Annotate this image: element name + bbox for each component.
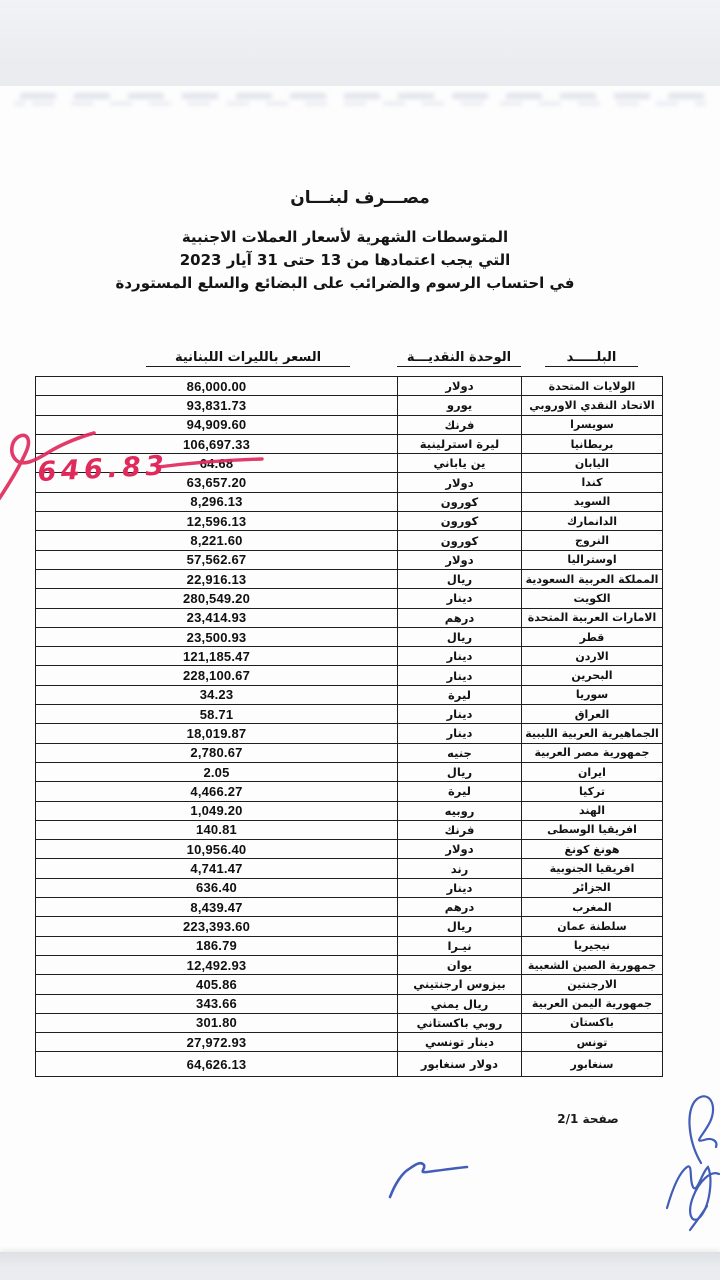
rate-value-cell: 94,909.60 xyxy=(36,415,398,434)
table-row: باكستان روبي باكستاني 301.80 xyxy=(36,1013,663,1032)
rate-value-cell: 63,657.20 xyxy=(36,473,398,492)
scan-top-gray-band xyxy=(0,0,720,86)
exchange-rates-table: الولايات المتحدة دولار 86,000.00 الاتحاد… xyxy=(35,376,663,1077)
rate-value-cell: 12,596.13 xyxy=(36,512,398,531)
rate-value-cell: 405.86 xyxy=(36,975,398,994)
table-row: جمهورية اليمن العربية ريال يمني 343.66 xyxy=(36,994,663,1013)
country-cell: الجزائر xyxy=(522,878,663,897)
table-row: الجزائر دينار 636.40 xyxy=(36,878,663,897)
table-row: افريقيا الجنوبية رند 4,741.47 xyxy=(36,859,663,878)
rate-value-cell: 280,549.20 xyxy=(36,589,398,608)
country-cell: هونغ كونغ xyxy=(522,840,663,859)
table-row: جمهورية الصين الشعبية يوان 12,492.93 xyxy=(36,955,663,974)
country-cell: الكويت xyxy=(522,589,663,608)
table-row: البحرين دينار 228,100.67 xyxy=(36,666,663,685)
table-row: جمهورية مصر العربية جنيه 2,780.67 xyxy=(36,743,663,762)
currency-unit-cell: كورون xyxy=(398,512,522,531)
currency-unit-cell: ليرة xyxy=(398,685,522,704)
currency-unit-cell: روبي باكستاني xyxy=(398,1013,522,1032)
currency-unit-cell: فرنك xyxy=(398,415,522,434)
country-cell: المملكة العربية السعودية xyxy=(522,569,663,588)
rate-value-cell: 186.79 xyxy=(36,936,398,955)
scanned-document-page: مصـــرف لبنـــان المتوسطات الشهرية لأسعا… xyxy=(0,0,720,1280)
country-cell: سلطنة عمان xyxy=(522,917,663,936)
table-row: الاردن دينار 121,185.47 xyxy=(36,647,663,666)
currency-unit-cell: دينار xyxy=(398,705,522,724)
table-row: الهند روبيه 1,049.20 xyxy=(36,801,663,820)
rate-value-cell: 121,185.47 xyxy=(36,647,398,666)
currency-unit-cell: ليرة xyxy=(398,782,522,801)
country-cell: الامارات العربية المتحدة xyxy=(522,608,663,627)
rate-value-cell: 223,393.60 xyxy=(36,917,398,936)
country-cell: اليابان xyxy=(522,454,663,473)
table-row: الارجنتين بيزوس ارجنتيني 405.86 xyxy=(36,975,663,994)
table-row: تونس دينار تونسي 27,972.93 xyxy=(36,1033,663,1052)
rate-value-cell: 2,780.67 xyxy=(36,743,398,762)
currency-unit-cell: دولار xyxy=(398,840,522,859)
currency-unit-cell: درهم xyxy=(398,608,522,627)
table-row: المغرب درهم 8,439.47 xyxy=(36,898,663,917)
table-row: الدانمارك كورون 12,596.13 xyxy=(36,512,663,531)
country-cell: الدانمارك xyxy=(522,512,663,531)
country-cell: ايران xyxy=(522,762,663,781)
currency-unit-cell: ريال xyxy=(398,627,522,646)
country-cell: السويد xyxy=(522,492,663,511)
table-row: الجماهيرية العربية الليبية دينار 18,019.… xyxy=(36,724,663,743)
rate-value-cell: 8,296.13 xyxy=(36,492,398,511)
table-row: سويسرا فرنك 94,909.60 xyxy=(36,415,663,434)
currency-unit-cell: ريال xyxy=(398,917,522,936)
rate-value-cell: 34.23 xyxy=(36,685,398,704)
table-row: السويد كورون 8,296.13 xyxy=(36,492,663,511)
column-header-unit: الوحدة النقديـــة xyxy=(397,350,521,367)
country-cell: تركيا xyxy=(522,782,663,801)
country-cell: الولايات المتحدة xyxy=(522,377,663,396)
rate-value-cell: 22,916.13 xyxy=(36,569,398,588)
rate-value-cell: 2.05 xyxy=(36,762,398,781)
rate-value-cell: 23,414.93 xyxy=(36,608,398,627)
blue-signature xyxy=(667,1096,719,1230)
table-row: تركيا ليرة 4,466.27 xyxy=(36,782,663,801)
currency-unit-cell: دولار xyxy=(398,377,522,396)
rate-value-cell: 636.40 xyxy=(36,878,398,897)
title-line-2: التي يجب اعتمادها من 13 حتى 31 آيار 2023 xyxy=(0,249,690,272)
country-cell: الاردن xyxy=(522,647,663,666)
country-cell: بريطانيا xyxy=(522,434,663,453)
rate-value-cell: 140.81 xyxy=(36,820,398,839)
table-row: هونغ كونغ دولار 10,956.40 xyxy=(36,840,663,859)
rate-value-cell: 57,562.67 xyxy=(36,550,398,569)
currency-unit-cell: ين ياباني xyxy=(398,454,522,473)
blue-check-squiggle xyxy=(390,1163,467,1197)
country-cell: سنغابور xyxy=(522,1052,663,1077)
rate-value-cell: 64,626.13 xyxy=(36,1052,398,1077)
rate-value-cell: 106,697.33 xyxy=(36,434,398,453)
title-line-1: المتوسطات الشهرية لأسعار العملات الاجنبي… xyxy=(0,226,690,249)
column-header-price: السعر بالليرات اللبنانية xyxy=(146,350,350,367)
currency-unit-cell: ريال xyxy=(398,762,522,781)
table-row: قطر ريال 23,500.93 xyxy=(36,627,663,646)
table-row: سوريا ليرة 34.23 xyxy=(36,685,663,704)
bank-name: مصـــرف لبنـــان xyxy=(0,188,720,208)
country-cell: سوريا xyxy=(522,685,663,704)
table-row: ايران ريال 2.05 xyxy=(36,762,663,781)
country-cell: الاتحاد النقدي الاوروبي xyxy=(522,396,663,415)
scan-bottom-gray-band xyxy=(0,1252,720,1280)
currency-unit-cell: جنيه xyxy=(398,743,522,762)
country-cell: افريقيا الجنوبية xyxy=(522,859,663,878)
country-cell: النروج xyxy=(522,531,663,550)
currency-unit-cell: بيزوس ارجنتيني xyxy=(398,975,522,994)
rate-value-cell: 10,956.40 xyxy=(36,840,398,859)
currency-unit-cell: دينار xyxy=(398,724,522,743)
currency-unit-cell: دولار xyxy=(398,550,522,569)
currency-unit-cell: دولار xyxy=(398,473,522,492)
rate-value-cell: 27,972.93 xyxy=(36,1033,398,1052)
rate-value-cell: 343.66 xyxy=(36,994,398,1013)
currency-unit-cell: دينار تونسي xyxy=(398,1033,522,1052)
rate-value-cell: 8,439.47 xyxy=(36,898,398,917)
country-cell: الارجنتين xyxy=(522,975,663,994)
currency-unit-cell: نيـرا xyxy=(398,936,522,955)
currency-unit-cell: رند xyxy=(398,859,522,878)
rate-value-cell: 301.80 xyxy=(36,1013,398,1032)
table-row: الاتحاد النقدي الاوروبي يورو 93,831.73 xyxy=(36,396,663,415)
table-row: افريقيا الوسطى فرنك 140.81 xyxy=(36,820,663,839)
rate-value-cell: 86,000.00 xyxy=(36,377,398,396)
rate-value-cell: 58.71 xyxy=(36,705,398,724)
table-row: اليابان ين ياباني 64.68 xyxy=(36,454,663,473)
country-cell: جمهورية اليمن العربية xyxy=(522,994,663,1013)
table-row: الكويت دينار 280,549.20 xyxy=(36,589,663,608)
country-cell: البحرين xyxy=(522,666,663,685)
document-title: المتوسطات الشهرية لأسعار العملات الاجنبي… xyxy=(0,226,690,295)
table-row: الامارات العربية المتحدة درهم 23,414.93 xyxy=(36,608,663,627)
table-row: سلطنة عمان ريال 223,393.60 xyxy=(36,917,663,936)
country-cell: تونس xyxy=(522,1033,663,1052)
rate-value-cell: 23,500.93 xyxy=(36,627,398,646)
currency-unit-cell: يورو xyxy=(398,396,522,415)
country-cell: كندا xyxy=(522,473,663,492)
country-cell: اوستراليا xyxy=(522,550,663,569)
rate-value-cell: 228,100.67 xyxy=(36,666,398,685)
country-cell: افريقيا الوسطى xyxy=(522,820,663,839)
rate-value-cell: 8,221.60 xyxy=(36,531,398,550)
rate-value-cell: 93,831.73 xyxy=(36,396,398,415)
country-cell: سويسرا xyxy=(522,415,663,434)
currency-unit-cell: دولار سنغابور xyxy=(398,1052,522,1077)
country-cell: الهند xyxy=(522,801,663,820)
currency-unit-cell: ريال xyxy=(398,569,522,588)
table-row: نيجيريا نيـرا 186.79 xyxy=(36,936,663,955)
rate-value-cell: 1,049.20 xyxy=(36,801,398,820)
currency-unit-cell: دينار xyxy=(398,666,522,685)
rate-value-cell: 64.68 xyxy=(36,454,398,473)
rate-value-cell: 4,466.27 xyxy=(36,782,398,801)
currency-unit-cell: ريال يمني xyxy=(398,994,522,1013)
table-row: اوستراليا دولار 57,562.67 xyxy=(36,550,663,569)
table-row: كندا دولار 63,657.20 xyxy=(36,473,663,492)
country-cell: قطر xyxy=(522,627,663,646)
country-cell: العراق xyxy=(522,705,663,724)
country-cell: نيجيريا xyxy=(522,936,663,955)
currency-unit-cell: درهم xyxy=(398,898,522,917)
country-cell: باكستان xyxy=(522,1013,663,1032)
table-row: بريطانيا ليرة استرلينية 106,697.33 xyxy=(36,434,663,453)
table-row: العراق دينار 58.71 xyxy=(36,705,663,724)
currency-unit-cell: كورون xyxy=(398,531,522,550)
country-cell: الجماهيرية العربية الليبية xyxy=(522,724,663,743)
currency-unit-cell: كورون xyxy=(398,492,522,511)
column-header-country: البلـــــد xyxy=(545,350,638,367)
rate-value-cell: 12,492.93 xyxy=(36,955,398,974)
table-row: المملكة العربية السعودية ريال 22,916.13 xyxy=(36,569,663,588)
currency-unit-cell: دينار xyxy=(398,589,522,608)
table-row: الولايات المتحدة دولار 86,000.00 xyxy=(36,377,663,396)
currency-unit-cell: دينار xyxy=(398,878,522,897)
currency-unit-cell: روبيه xyxy=(398,801,522,820)
rates-table-body: الولايات المتحدة دولار 86,000.00 الاتحاد… xyxy=(36,377,663,1077)
rate-value-cell: 18,019.87 xyxy=(36,724,398,743)
currency-unit-cell: دينار xyxy=(398,647,522,666)
bleed-through-ghost-text xyxy=(14,90,706,110)
currency-unit-cell: ليرة استرلينية xyxy=(398,434,522,453)
country-cell: جمهورية الصين الشعبية xyxy=(522,955,663,974)
rate-value-cell: 4,741.47 xyxy=(36,859,398,878)
country-cell: المغرب xyxy=(522,898,663,917)
table-row: سنغابور دولار سنغابور 64,626.13 xyxy=(36,1052,663,1077)
table-row: النروج كورون 8,221.60 xyxy=(36,531,663,550)
country-cell: جمهورية مصر العربية xyxy=(522,743,663,762)
page-number-label: صفحة 2/1 xyxy=(553,1112,623,1126)
currency-unit-cell: يوان xyxy=(398,955,522,974)
currency-unit-cell: فرنك xyxy=(398,820,522,839)
title-line-3: في احتساب الرسوم والضرائب على البضائع وا… xyxy=(0,272,690,295)
